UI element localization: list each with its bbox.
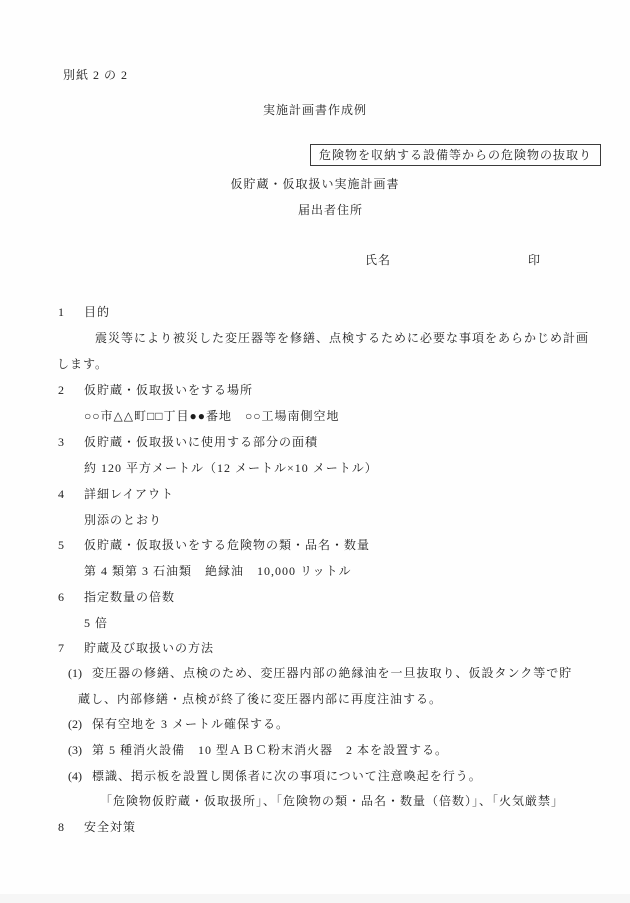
section-4-body-line: 別添のとおり	[84, 511, 162, 529]
section-2-title: 仮貯蔵・仮取扱いをする場所	[84, 383, 253, 397]
section-1-number: 1	[58, 303, 84, 321]
subitem-1-marker: (1)	[68, 664, 92, 682]
section-4-number: 4	[58, 485, 84, 503]
section-6-heading: 6指定数量の倍数	[58, 588, 175, 606]
section-1-body-line: 震災等により被災した変圧器等を修繕、点検するために必要な事項をあらかじめ計画	[95, 329, 589, 347]
document-title: 実施計画書作成例	[0, 101, 630, 119]
seal-label: 印	[528, 251, 541, 269]
section-3-body-line: 約 120 平方メートル（12 メートル×10 メートル）	[84, 459, 378, 477]
section-8-number: 8	[58, 818, 84, 836]
subitem-1-text: 変圧器の修繕、点検のため、変圧器内部の絶縁油を一旦抜取り、仮設タンク等で貯	[92, 666, 572, 680]
section-5-heading: 5仮貯蔵・仮取扱いをする危険物の類・品名・数量	[58, 536, 370, 554]
subitem-1: (1)変圧器の修繕、点検のため、変圧器内部の絶縁油を一旦抜取り、仮設タンク等で貯	[68, 664, 572, 682]
subitem-2-text: 保有空地を 3 メートル確保する。	[92, 717, 289, 731]
section-6-title: 指定数量の倍数	[84, 590, 175, 604]
subitem-3-text: 第 5 種消火設備 10 型ＡＢＣ粉末消火器 2 本を設置する。	[92, 743, 448, 757]
section-4-title: 詳細レイアウト	[84, 487, 174, 501]
subitem-3-marker: (3)	[68, 741, 92, 759]
section-4-heading: 4詳細レイアウト	[58, 485, 174, 503]
section-1-heading: 1目的	[58, 303, 110, 321]
section-3-heading: 3仮貯蔵・仮取扱いに使用する部分の面積	[58, 433, 318, 451]
section-3-number: 3	[58, 433, 84, 451]
subitem-4: (4)標識、掲示板を設置し関係者に次の事項について注意喚起を行う。	[68, 767, 482, 785]
subitem-4-quoted-line: 「危険物仮貯蔵・仮取扱所」、「危険物の類・品名・数量（倍数）」、「火気厳禁」	[100, 792, 564, 810]
section-5-body-line: 第 4 類第 3 石油類 絶縁油 10,000 リットル	[84, 562, 352, 580]
submitter-address-label: 届出者住所	[298, 201, 363, 219]
section-8-heading: 8安全対策	[58, 818, 136, 836]
boxed-annotation-wrap: 危険物を収納する設備等からの危険物の抜取り	[310, 146, 601, 164]
document-page: 別紙 2 の 2 実施計画書作成例 危険物を収納する設備等からの危険物の抜取り …	[0, 0, 630, 903]
section-1-body-line: します。	[57, 355, 108, 373]
subitem-3: (3)第 5 種消火設備 10 型ＡＢＣ粉末消火器 2 本を設置する。	[68, 741, 448, 759]
subitem-1-continuation: 蔵し、内部修繕・点検が終了後に変圧器内部に再度注油する。	[78, 690, 442, 708]
subitem-2: (2)保有空地を 3 メートル確保する。	[68, 715, 289, 733]
section-8-title: 安全対策	[84, 820, 136, 834]
attachment-label: 別紙 2 の 2	[63, 66, 128, 84]
page-bottom-edge	[0, 894, 630, 903]
boxed-annotation: 危険物を収納する設備等からの危険物の抜取り	[310, 144, 601, 166]
subitem-2-marker: (2)	[68, 715, 92, 733]
section-5-title: 仮貯蔵・仮取扱いをする危険物の類・品名・数量	[84, 538, 370, 552]
section-7-number: 7	[58, 639, 84, 657]
name-label: 氏名	[365, 251, 391, 269]
section-5-number: 5	[58, 536, 84, 554]
section-1-title: 目的	[84, 305, 110, 319]
section-2-body-line: ○○市△△町□□丁目●●番地 ○○工場南側空地	[84, 407, 339, 425]
plan-title: 仮貯蔵・仮取扱い実施計画書	[0, 175, 630, 193]
section-7-heading: 7貯蔵及び取扱いの方法	[58, 639, 214, 657]
section-6-number: 6	[58, 588, 84, 606]
section-6-body-line: 5 倍	[84, 614, 108, 632]
section-7-title: 貯蔵及び取扱いの方法	[84, 641, 214, 655]
subitem-4-text: 標識、掲示板を設置し関係者に次の事項について注意喚起を行う。	[92, 769, 482, 783]
section-2-number: 2	[58, 381, 84, 399]
subitem-4-marker: (4)	[68, 767, 92, 785]
section-2-heading: 2仮貯蔵・仮取扱いをする場所	[58, 381, 253, 399]
section-3-title: 仮貯蔵・仮取扱いに使用する部分の面積	[84, 435, 318, 449]
